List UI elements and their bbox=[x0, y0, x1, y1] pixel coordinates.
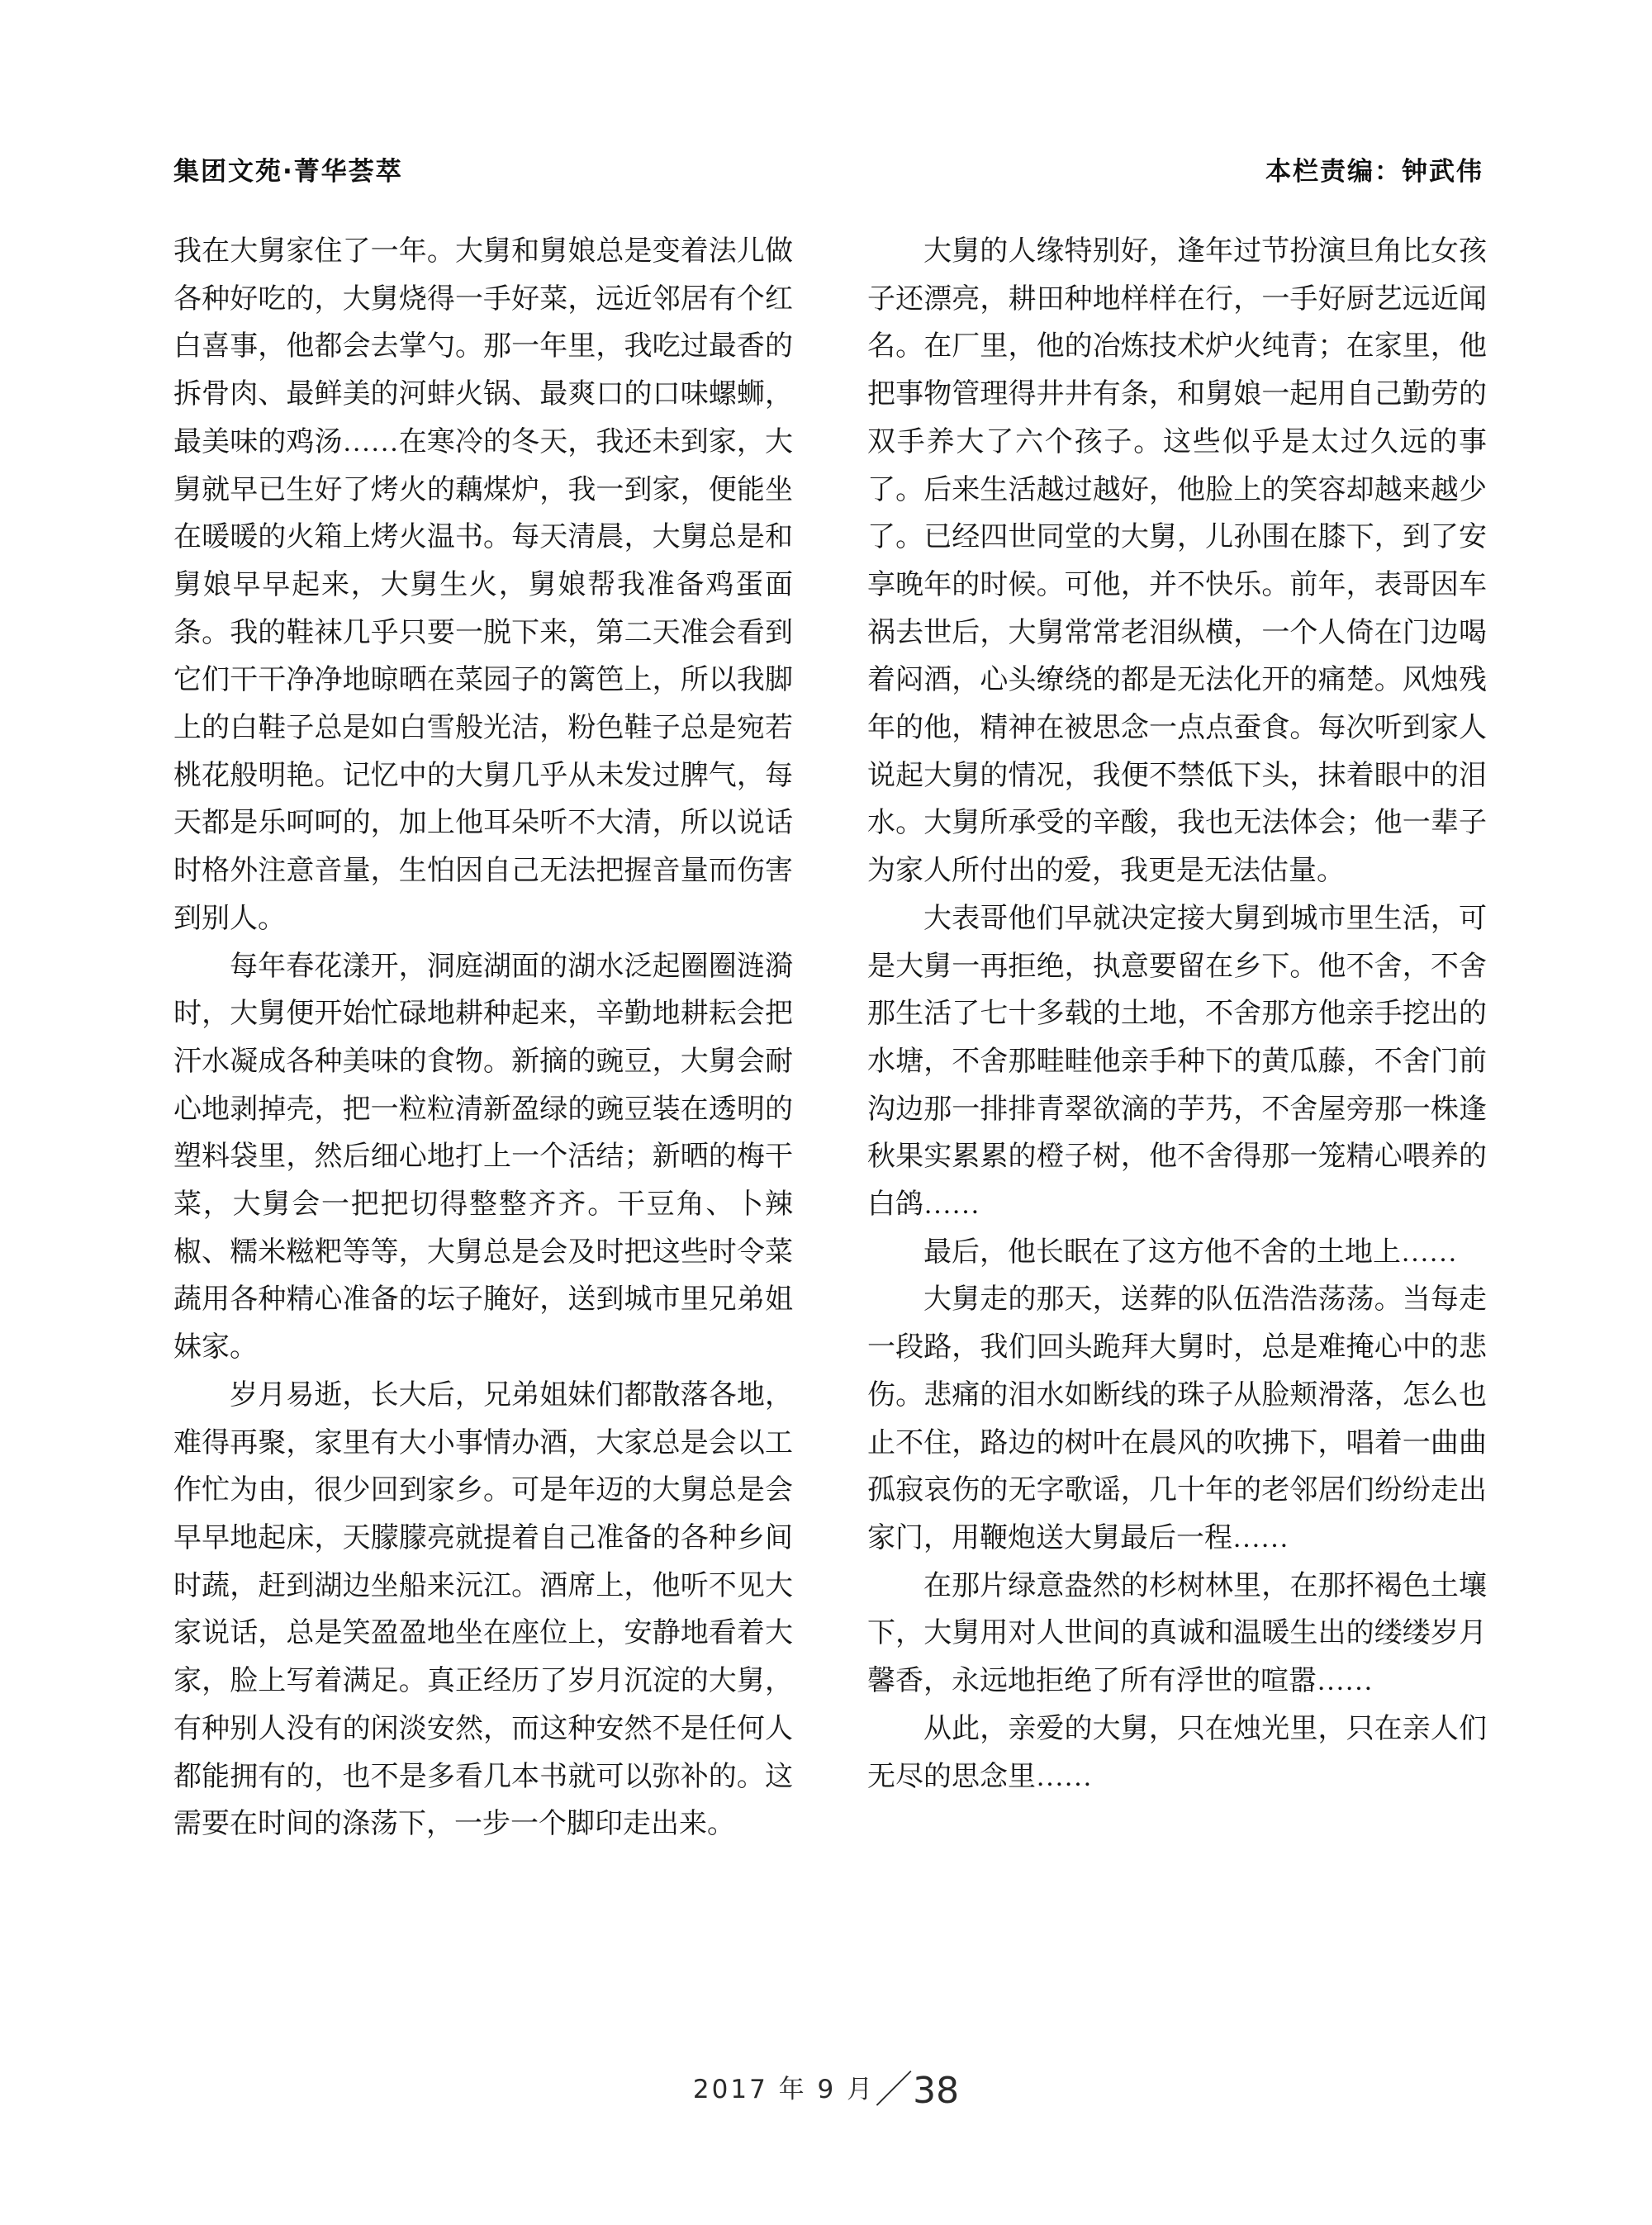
paragraph: 在那片绿意盎然的杉树林里，在那抔褐色土壤下，大舅用对人世间的真诚和温暖生出的缕缕… bbox=[867, 1563, 1487, 1706]
left-column: 我在大舅家住了一年。大舅和舅娘总是变着法儿做各种好吃的，大舅烧得一手好菜，远近邻… bbox=[173, 228, 793, 1848]
paragraph: 我在大舅家住了一年。大舅和舅娘总是变着法儿做各种好吃的，大舅烧得一手好菜，远近邻… bbox=[173, 228, 793, 943]
article-body: 我在大舅家住了一年。大舅和舅娘总是变着法儿做各种好吃的，大舅烧得一手好菜，远近邻… bbox=[173, 228, 1487, 1848]
footer-slash: ／ bbox=[875, 2067, 913, 2112]
right-column: 大舅的人缘特别好，逢年过节扮演旦角比女孩子还漂亮，耕田种地样样在行，一手好厨艺远… bbox=[867, 228, 1487, 1848]
paragraph: 大舅的人缘特别好，逢年过节扮演旦角比女孩子还漂亮，耕田种地样样在行，一手好厨艺远… bbox=[867, 228, 1487, 895]
column-section-title: 集团文苑·菁华荟萃 bbox=[173, 150, 403, 187]
column-editor-credit: 本栏责编：钟武伟 bbox=[1265, 150, 1483, 187]
paragraph: 岁月易逝，长大后，兄弟姐妹们都散落各地，难得再聚，家里有大小事情办酒，大家总是会… bbox=[173, 1372, 793, 1848]
page-footer: 2017 年 9 月／38 bbox=[0, 2060, 1652, 2114]
footer-issue-date: 2017 年 9 月 bbox=[693, 2075, 875, 2104]
paragraph: 每年春花漾开，洞庭湖面的湖水泛起圈圈涟漪时，大舅便开始忙碌地耕种起来，辛勤地耕耘… bbox=[173, 943, 793, 1372]
magazine-page: 集团文苑·菁华荟萃 本栏责编：钟武伟 我在大舅家住了一年。大舅和舅娘总是变着法儿… bbox=[0, 0, 1652, 2225]
paragraph: 从此，亲爱的大舅，只在烛光里，只在亲人们无尽的思念里…… bbox=[867, 1706, 1487, 1800]
paragraph: 大表哥他们早就决定接大舅到城市里生活，可是大舅一再拒绝，执意要留在乡下。他不舍，… bbox=[867, 895, 1487, 1229]
footer-page-number: 38 bbox=[913, 2070, 959, 2112]
paragraph: 最后，他长眠在了这方他不舍的土地上…… bbox=[867, 1229, 1487, 1277]
paragraph: 大舅走的那天，送葬的队伍浩浩荡荡。当每走一段路，我们回头跪拜大舅时，总是难掩心中… bbox=[867, 1276, 1487, 1562]
